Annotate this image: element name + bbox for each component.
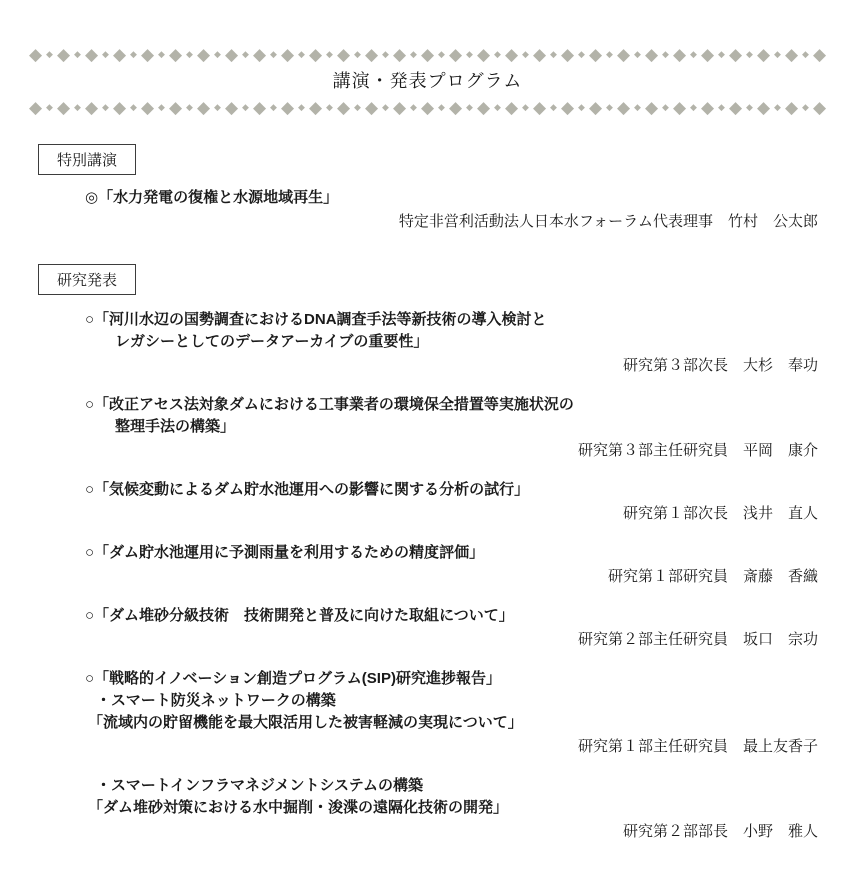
- diamond-icon: ◆: [365, 99, 378, 116]
- diamond-icon: ◆: [673, 99, 686, 116]
- research-item-title-line: ○「河川水辺の国勢調査におけるDNA調査手法等新技術の導入検討と: [85, 309, 855, 331]
- research-item: ○「河川水辺の国勢調査におけるDNA調査手法等新技術の導入検討とレガシーとしての…: [0, 309, 855, 377]
- research-item-speaker: 研究第３部次長 大杉 奉功: [0, 355, 855, 377]
- diamond-icon: ◆: [494, 103, 501, 112]
- diamond-icon: ◆: [113, 46, 126, 63]
- diamond-icon: ◆: [354, 50, 361, 59]
- diamond-icon: ◆: [214, 50, 221, 59]
- diamond-icon: ◆: [606, 103, 613, 112]
- diamond-icon: ◆: [382, 103, 389, 112]
- research-item: ○「ダム貯水池運用に予測雨量を利用するための精度評価」研究第１部研究員 斎藤 香…: [0, 542, 855, 588]
- diamond-icon: ◆: [533, 46, 546, 63]
- research-item-title-line: ○「気候変動によるダム貯水池運用への影響に関する分析の試行」: [85, 479, 855, 501]
- diamond-icon: ◆: [74, 103, 81, 112]
- diamond-icon: ◆: [466, 50, 473, 59]
- diamond-icon: ◆: [494, 50, 501, 59]
- research-item-title-line: 「流域内の貯留機能を最大限活用した被害軽減の実現について」: [88, 712, 855, 734]
- research-item-title-line: ○「ダム堆砂分級技術 技術開発と普及に向けた取組について」: [85, 605, 855, 627]
- diamond-icon: ◆: [813, 46, 826, 63]
- section-label-special: 特別講演: [38, 144, 136, 175]
- diamond-icon: ◆: [102, 50, 109, 59]
- diamond-icon: ◆: [449, 99, 462, 116]
- research-item: ○「ダム堆砂分級技術 技術開発と普及に向けた取組について」研究第２部主任研究員 …: [0, 605, 855, 651]
- research-section: 研究発表 ○「河川水辺の国勢調査におけるDNA調査手法等新技術の導入検討とレガシ…: [0, 264, 855, 843]
- diamond-icon: ◆: [813, 99, 826, 116]
- diamond-icon: ◆: [617, 99, 630, 116]
- diamond-icon: ◆: [561, 46, 574, 63]
- diamond-icon: ◆: [410, 103, 417, 112]
- diamond-icon: ◆: [421, 99, 434, 116]
- research-item-title-line: 「ダム堆砂対策における水中掘削・浚渫の遠隔化技術の開発」: [88, 797, 855, 819]
- diamond-icon: ◆: [242, 103, 249, 112]
- diamond-icon: ◆: [589, 46, 602, 63]
- diamond-icon: ◆: [74, 50, 81, 59]
- diamond-icon: ◆: [242, 50, 249, 59]
- diamond-icon: ◆: [225, 46, 238, 63]
- diamond-icon: ◆: [141, 99, 154, 116]
- diamond-icon: ◆: [281, 46, 294, 63]
- research-item-speaker: 研究第３部主任研究員 平岡 康介: [0, 440, 855, 462]
- special-lecture-title: ◎「水力発電の復権と水源地域再生」: [85, 187, 855, 209]
- diamond-icon: ◆: [169, 99, 182, 116]
- diamond-icon: ◆: [522, 50, 529, 59]
- diamond-icon: ◆: [774, 50, 781, 59]
- diamond-icon: ◆: [309, 46, 322, 63]
- research-item-title-line: ○「改正アセス法対象ダムにおける工事業者の環境保全措置等実施状況の: [85, 394, 855, 416]
- research-item-speaker: 研究第１部主任研究員 最上友香子: [0, 736, 855, 758]
- diamond-icon: ◆: [270, 103, 277, 112]
- diamond-icon: ◆: [298, 50, 305, 59]
- diamond-icon: ◆: [438, 103, 445, 112]
- diamond-icon: ◆: [169, 46, 182, 63]
- diamond-icon: ◆: [382, 50, 389, 59]
- diamond-icon: ◆: [158, 103, 165, 112]
- diamond-icon: ◆: [757, 46, 770, 63]
- program-document: ◆◆◆◆◆◆◆◆◆◆◆◆◆◆◆◆◆◆◆◆◆◆◆◆◆◆◆◆◆◆◆◆◆◆◆◆◆◆◆◆…: [0, 0, 855, 873]
- diamond-icon: ◆: [701, 99, 714, 116]
- diamond-icon: ◆: [29, 46, 42, 63]
- diamond-icon: ◆: [393, 46, 406, 63]
- diamond-icon: ◆: [662, 50, 669, 59]
- special-lecture-speaker: 特定非営利活動法人日本水フォーラム代表理事 竹村 公太郎: [0, 211, 855, 233]
- diamond-icon: ◆: [326, 103, 333, 112]
- diamond-icon: ◆: [337, 99, 350, 116]
- diamond-icon: ◆: [57, 46, 70, 63]
- section-label-research: 研究発表: [38, 264, 136, 295]
- diamond-icon: ◆: [270, 50, 277, 59]
- research-item-speaker: 研究第２部主任研究員 坂口 宗功: [0, 629, 855, 651]
- diamond-icon: ◆: [802, 50, 809, 59]
- diamond-icon: ◆: [130, 50, 137, 59]
- diamond-icon: ◆: [785, 99, 798, 116]
- diamond-icon: ◆: [85, 46, 98, 63]
- diamond-icon: ◆: [785, 46, 798, 63]
- diamond-icon: ◆: [130, 103, 137, 112]
- diamond-icon: ◆: [197, 99, 210, 116]
- diamond-icon: ◆: [645, 46, 658, 63]
- diamond-icon: ◆: [421, 46, 434, 63]
- diamond-icon: ◆: [606, 50, 613, 59]
- diamond-icon: ◆: [578, 50, 585, 59]
- diamond-icon: ◆: [309, 99, 322, 116]
- diamond-icon: ◆: [29, 99, 42, 116]
- diamond-icon: ◆: [113, 99, 126, 116]
- research-item-title-line: ○「戦略的イノベーション創造プログラム(SIP)研究進捗報告」: [85, 668, 855, 690]
- research-item-speaker: 研究第１部次長 浅井 直人: [0, 503, 855, 525]
- document-header: ◆◆◆◆◆◆◆◆◆◆◆◆◆◆◆◆◆◆◆◆◆◆◆◆◆◆◆◆◆◆◆◆◆◆◆◆◆◆◆◆…: [0, 44, 855, 117]
- diamond-icon: ◆: [253, 46, 266, 63]
- diamond-icon: ◆: [729, 99, 742, 116]
- diamond-icon: ◆: [186, 103, 193, 112]
- research-item: ・スマートインフラマネジメントシステムの構築「ダム堆砂対策における水中掘削・浚渫…: [0, 775, 855, 843]
- diamond-icon: ◆: [225, 99, 238, 116]
- diamond-icon: ◆: [634, 50, 641, 59]
- diamond-icon: ◆: [645, 99, 658, 116]
- research-item-title-line: ○「ダム貯水池運用に予測雨量を利用するための精度評価」: [85, 542, 855, 564]
- diamond-icon: ◆: [253, 99, 266, 116]
- research-item: ○「改正アセス法対象ダムにおける工事業者の環境保全措置等実施状況の整理手法の構築…: [0, 394, 855, 462]
- diamond-border-bottom: ◆◆◆◆◆◆◆◆◆◆◆◆◆◆◆◆◆◆◆◆◆◆◆◆◆◆◆◆◆◆◆◆◆◆◆◆◆◆◆◆…: [0, 97, 855, 117]
- diamond-icon: ◆: [505, 46, 518, 63]
- diamond-icon: ◆: [634, 103, 641, 112]
- page-title: 講演・発表プログラム: [0, 67, 855, 93]
- diamond-icon: ◆: [550, 103, 557, 112]
- research-item-title-line: レガシーとしてのデータアーカイブの重要性」: [115, 331, 855, 353]
- diamond-icon: ◆: [466, 103, 473, 112]
- diamond-icon: ◆: [718, 103, 725, 112]
- diamond-icon: ◆: [477, 99, 490, 116]
- diamond-icon: ◆: [354, 103, 361, 112]
- diamond-icon: ◆: [46, 103, 53, 112]
- diamond-icon: ◆: [85, 99, 98, 116]
- diamond-icon: ◆: [701, 46, 714, 63]
- diamond-icon: ◆: [617, 46, 630, 63]
- diamond-icon: ◆: [365, 46, 378, 63]
- research-item-title-line: 整理手法の構築」: [115, 416, 855, 438]
- diamond-icon: ◆: [141, 46, 154, 63]
- diamond-icon: ◆: [774, 103, 781, 112]
- diamond-icon: ◆: [746, 50, 753, 59]
- diamond-icon: ◆: [522, 103, 529, 112]
- diamond-icon: ◆: [505, 99, 518, 116]
- diamond-icon: ◆: [214, 103, 221, 112]
- diamond-icon: ◆: [533, 99, 546, 116]
- diamond-icon: ◆: [337, 46, 350, 63]
- diamond-icon: ◆: [550, 50, 557, 59]
- diamond-icon: ◆: [578, 103, 585, 112]
- diamond-icon: ◆: [158, 50, 165, 59]
- diamond-icon: ◆: [718, 50, 725, 59]
- special-lecture-section: 特別講演 ◎「水力発電の復権と水源地域再生」 特定非営利活動法人日本水フォーラム…: [0, 144, 855, 233]
- diamond-icon: ◆: [102, 103, 109, 112]
- diamond-icon: ◆: [438, 50, 445, 59]
- diamond-icon: ◆: [281, 99, 294, 116]
- research-item-speaker: 研究第１部研究員 斎藤 香織: [0, 566, 855, 588]
- research-items: ○「河川水辺の国勢調査におけるDNA調査手法等新技術の導入検討とレガシーとしての…: [0, 309, 855, 843]
- diamond-icon: ◆: [589, 99, 602, 116]
- research-item-title-line: ・スマートインフラマネジメントシステムの構築: [96, 775, 855, 797]
- diamond-icon: ◆: [746, 103, 753, 112]
- research-item-title-line: ・スマート防災ネットワークの構築: [96, 690, 855, 712]
- special-lecture-item: ◎「水力発電の復権と水源地域再生」 特定非営利活動法人日本水フォーラム代表理事 …: [0, 187, 855, 233]
- diamond-icon: ◆: [690, 50, 697, 59]
- diamond-icon: ◆: [46, 50, 53, 59]
- research-item: ○「気候変動によるダム貯水池運用への影響に関する分析の試行」研究第１部次長 浅井…: [0, 479, 855, 525]
- diamond-icon: ◆: [197, 46, 210, 63]
- diamond-icon: ◆: [690, 103, 697, 112]
- diamond-icon: ◆: [729, 46, 742, 63]
- research-item-speaker: 研究第２部部長 小野 雅人: [0, 821, 855, 843]
- diamond-icon: ◆: [449, 46, 462, 63]
- research-item: ○「戦略的イノベーション創造プログラム(SIP)研究進捗報告」・スマート防災ネッ…: [0, 668, 855, 758]
- diamond-icon: ◆: [561, 99, 574, 116]
- diamond-icon: ◆: [298, 103, 305, 112]
- diamond-icon: ◆: [662, 103, 669, 112]
- diamond-icon: ◆: [477, 46, 490, 63]
- diamond-icon: ◆: [57, 99, 70, 116]
- diamond-icon: ◆: [186, 50, 193, 59]
- diamond-icon: ◆: [393, 99, 406, 116]
- diamond-icon: ◆: [757, 99, 770, 116]
- diamond-icon: ◆: [802, 103, 809, 112]
- diamond-icon: ◆: [410, 50, 417, 59]
- diamond-border-top: ◆◆◆◆◆◆◆◆◆◆◆◆◆◆◆◆◆◆◆◆◆◆◆◆◆◆◆◆◆◆◆◆◆◆◆◆◆◆◆◆…: [0, 44, 855, 64]
- diamond-icon: ◆: [326, 50, 333, 59]
- diamond-icon: ◆: [673, 46, 686, 63]
